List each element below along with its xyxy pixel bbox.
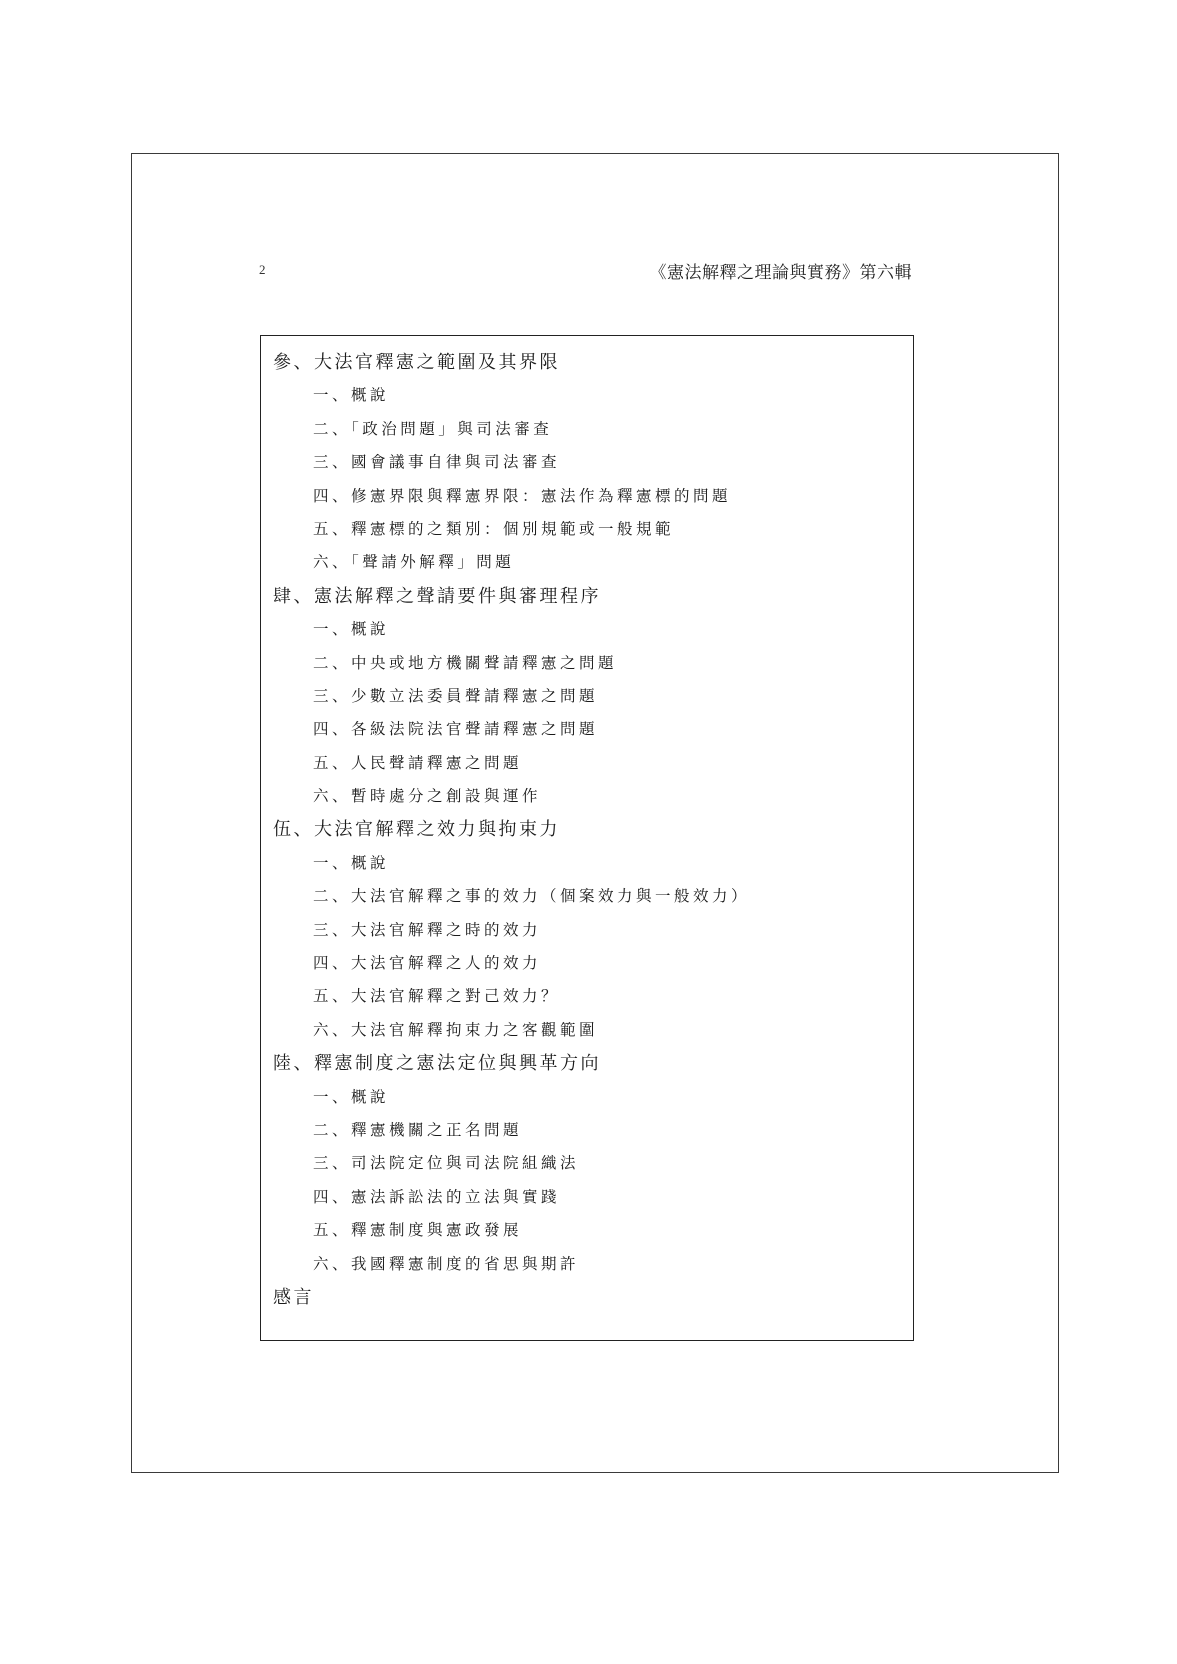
toc-section: 四、各級法院法官聲請釋憲之問題 [273, 713, 913, 746]
running-header: 《憲法解釋之理論與實務》第六輯 [650, 258, 913, 283]
toc-chapter: 伍、大法官解釋之效力與拘束力 [273, 813, 913, 846]
toc-section: 一、概說 [273, 847, 913, 880]
toc-section: 六、我國釋憲制度的省思與期許 [273, 1248, 913, 1281]
toc-section: 四、憲法訴訟法的立法與實踐 [273, 1181, 913, 1214]
toc-section: 二、中央或地方機關聲請釋憲之問題 [273, 647, 913, 680]
toc-chapter: 陸、釋憲制度之憲法定位與興革方向 [273, 1047, 913, 1080]
toc-section: 一、概說 [273, 1081, 913, 1114]
toc-chapter: 感言 [273, 1281, 913, 1314]
toc-section: 六、大法官解釋拘束力之客觀範圍 [273, 1014, 913, 1047]
toc-section: 四、修憲界限與釋憲界限：憲法作為釋憲標的問題 [273, 480, 913, 513]
toc-section: 一、概說 [273, 613, 913, 646]
toc-section: 二、大法官解釋之事的效力（個案效力與一般效力） [273, 880, 913, 913]
toc-section: 三、少數立法委員聲請釋憲之問題 [273, 680, 913, 713]
toc-section: 五、大法官解釋之對己效力？ [273, 980, 913, 1013]
toc-chapter: 肆、憲法解釋之聲請要件與審理程序 [273, 580, 913, 613]
toc-section: 二、「政治問題」與司法審查 [273, 413, 913, 446]
toc-section: 三、國會議事自律與司法審查 [273, 446, 913, 479]
table-of-contents: 參、大法官釋憲之範圍及其界限 一、概說 二、「政治問題」與司法審查 三、國會議事… [260, 335, 914, 1341]
toc-section: 五、釋憲標的之類別：個別規範或一般規範 [273, 513, 913, 546]
toc-section: 四、大法官解釋之人的效力 [273, 947, 913, 980]
toc-section: 五、釋憲制度與憲政發展 [273, 1214, 913, 1247]
toc-section: 三、大法官解釋之時的效力 [273, 914, 913, 947]
page-number: 2 [259, 262, 266, 278]
toc-section: 一、概說 [273, 379, 913, 412]
toc-section: 六、「聲請外解釋」問題 [273, 546, 913, 579]
toc-list: 參、大法官釋憲之範圍及其界限 一、概說 二、「政治問題」與司法審查 三、國會議事… [273, 346, 913, 1314]
toc-section: 五、人民聲請釋憲之問題 [273, 747, 913, 780]
toc-chapter: 參、大法官釋憲之範圍及其界限 [273, 346, 913, 379]
toc-section: 三、司法院定位與司法院組織法 [273, 1147, 913, 1180]
toc-section: 二、釋憲機關之正名問題 [273, 1114, 913, 1147]
toc-section: 六、暫時處分之創設與運作 [273, 780, 913, 813]
